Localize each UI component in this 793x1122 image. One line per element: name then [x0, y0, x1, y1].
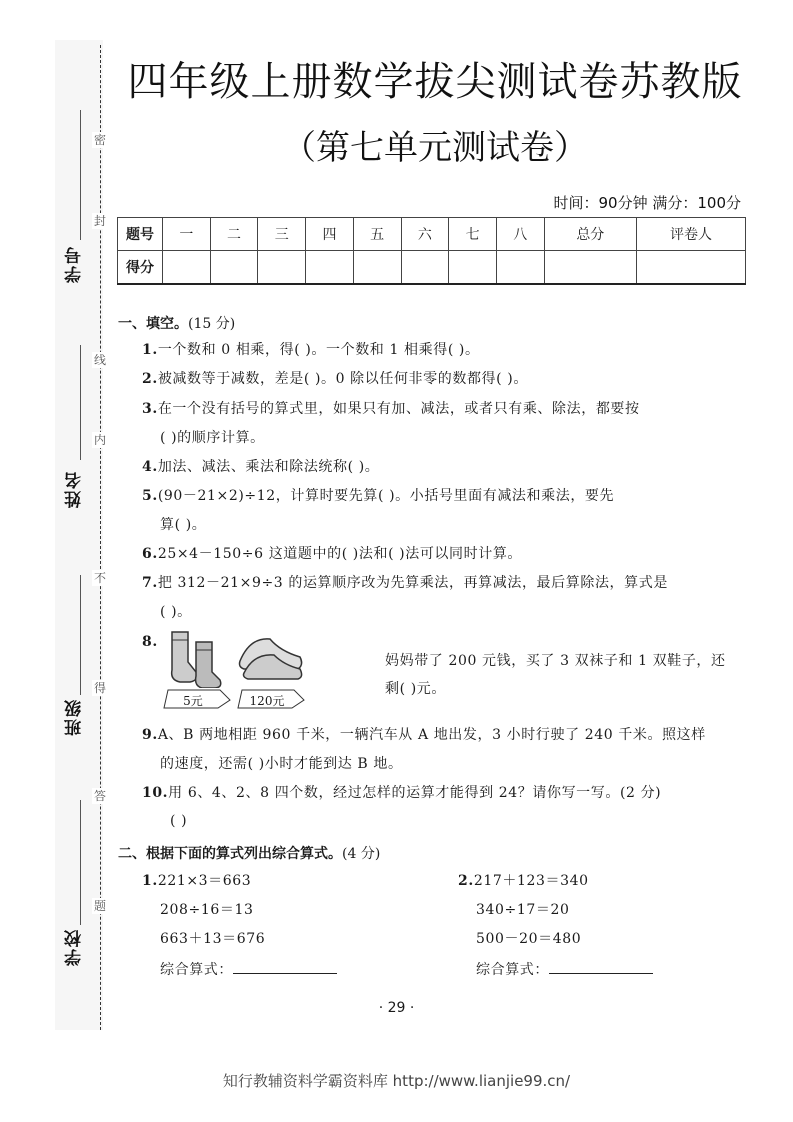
- name-label: 姓名: [62, 470, 84, 508]
- table-cell: 六: [401, 218, 449, 251]
- question-5: 5.(90－21×2)÷12，计算时要先算( )。小括号里面有减法和乘法，要先: [142, 487, 614, 505]
- name-line[interactable]: [80, 345, 81, 460]
- page-title: 四年级上册数学拔尖测试卷苏教版: [120, 50, 750, 107]
- binding-margin: [55, 40, 103, 1030]
- table-cell: 三: [258, 218, 306, 251]
- table-cell: 得分: [118, 251, 163, 285]
- question-3: 3.在一个没有括号的算式里，如果只有加、减法，或者只有乘、除法，都要按: [142, 400, 640, 418]
- seal-char: 题: [92, 898, 108, 914]
- score-cell[interactable]: [637, 251, 746, 285]
- question-8-cont: 剩( )元。: [385, 680, 446, 698]
- table-cell: 一: [163, 218, 211, 251]
- score-cell[interactable]: [401, 251, 449, 285]
- seal-char: 答: [92, 788, 108, 804]
- problem-2-line: 500－20＝480: [476, 930, 581, 948]
- score-table: 题号 一 二 三 四 五 六 七 八 总分 评卷人 得分: [117, 217, 746, 285]
- exam-time-info: 时间：90分钟 满分：100分: [554, 192, 742, 213]
- score-cell[interactable]: [163, 251, 211, 285]
- question-8: 8.: [142, 633, 158, 651]
- problem-1: 1.221×3＝663: [142, 872, 251, 890]
- section-points: (4 分): [342, 846, 380, 862]
- answer-blank[interactable]: [233, 959, 337, 974]
- question-2: 2.被减数等于减数，差是( )。0 除以任何非零的数都得( )。: [142, 370, 528, 388]
- section-points: (15 分): [188, 316, 235, 332]
- score-cell[interactable]: [496, 251, 544, 285]
- class-label: 班级: [62, 698, 84, 736]
- socks-icon: [162, 628, 232, 688]
- problem-1-line: 208÷16＝13: [160, 901, 253, 919]
- score-cell[interactable]: [258, 251, 306, 285]
- question-8-text: 妈妈带了 200 元钱，买了 3 双袜子和 1 双鞋子，还: [385, 652, 726, 670]
- question-10-cont: ( ): [170, 812, 187, 830]
- seal-char: 线: [92, 352, 108, 368]
- score-cell[interactable]: [544, 251, 636, 285]
- question-3-cont: ( )的顺序计算。: [160, 429, 265, 447]
- section-title: 二、根据下面的算式列出综合算式。: [118, 846, 342, 862]
- section-title: 一、填空。: [118, 316, 188, 332]
- problem-2-line: 340÷17＝20: [476, 901, 569, 919]
- seal-dashed-line: [100, 45, 101, 1030]
- table-cell: 五: [353, 218, 401, 251]
- problem-1-answer: 综合算式：: [160, 959, 337, 979]
- seal-char: 密: [92, 132, 108, 148]
- seal-char: 封: [92, 213, 108, 229]
- seal-char: 得: [92, 680, 108, 696]
- socks-price: 5元: [168, 692, 218, 709]
- score-cell[interactable]: [210, 251, 258, 285]
- seal-char: 内: [92, 432, 108, 448]
- table-cell: 四: [306, 218, 354, 251]
- table-cell: 二: [210, 218, 258, 251]
- school-label: 学校: [62, 928, 84, 966]
- table-cell: 总分: [544, 218, 636, 251]
- question-7-cont: ( )。: [160, 603, 192, 621]
- shoes-price: 120元: [240, 692, 294, 709]
- table-cell: 七: [449, 218, 497, 251]
- question-6: 6.25×4－150÷6 这道题中的( )法和( )法可以同时计算。: [142, 545, 522, 563]
- score-cell[interactable]: [306, 251, 354, 285]
- problem-2-answer: 综合算式：: [476, 959, 653, 979]
- section-heading: 二、根据下面的算式列出综合算式。(4 分): [118, 843, 380, 863]
- table-cell: 评卷人: [637, 218, 746, 251]
- question-9: 9.A、B 两地相距 960 千米，一辆汽车从 A 地出发，3 小时行驶了 24…: [142, 726, 706, 744]
- page-number: · 29 ·: [0, 1000, 793, 1016]
- section-heading: 一、填空。(15 分): [118, 313, 235, 333]
- question-9-cont: 的速度，还需( )小时才能到达 B 地。: [160, 755, 403, 773]
- footer-watermark: 知行教辅资料学霸资料库 http://www.lianjie99.cn/: [0, 1070, 793, 1091]
- page-subtitle: （第七单元测试卷）: [120, 120, 750, 169]
- shoes-icon: [236, 633, 306, 683]
- seal-char: 不: [92, 570, 108, 586]
- problem-1-line: 663＋13＝676: [160, 930, 265, 948]
- table-cell: 八: [496, 218, 544, 251]
- student-id-line[interactable]: [80, 110, 81, 240]
- student-id-label: 学号: [62, 245, 84, 283]
- score-cell[interactable]: [449, 251, 497, 285]
- question-5-cont: 算( )。: [160, 516, 206, 534]
- school-line[interactable]: [80, 800, 81, 925]
- answer-blank[interactable]: [549, 959, 653, 974]
- problem-2: 2.217＋123＝340: [458, 872, 589, 890]
- class-line[interactable]: [80, 575, 81, 695]
- table-score-row: 得分: [118, 251, 746, 285]
- table-cell: 题号: [118, 218, 163, 251]
- question-4: 4.加法、减法、乘法和除法统称( )。: [142, 458, 379, 476]
- question-7: 7.把 312－21×9÷3 的运算顺序改为先算乘法，再算减法，最后算除法，算式…: [142, 574, 668, 592]
- question-10: 10.用 6、4、2、8 四个数，经过怎样的运算才能得到 24？请你写一写。(2…: [142, 784, 661, 802]
- question-1: 1.一个数和 0 相乘，得( )。一个数和 1 相乘得( )。: [142, 341, 480, 359]
- score-cell[interactable]: [353, 251, 401, 285]
- table-header-row: 题号 一 二 三 四 五 六 七 八 总分 评卷人: [118, 218, 746, 251]
